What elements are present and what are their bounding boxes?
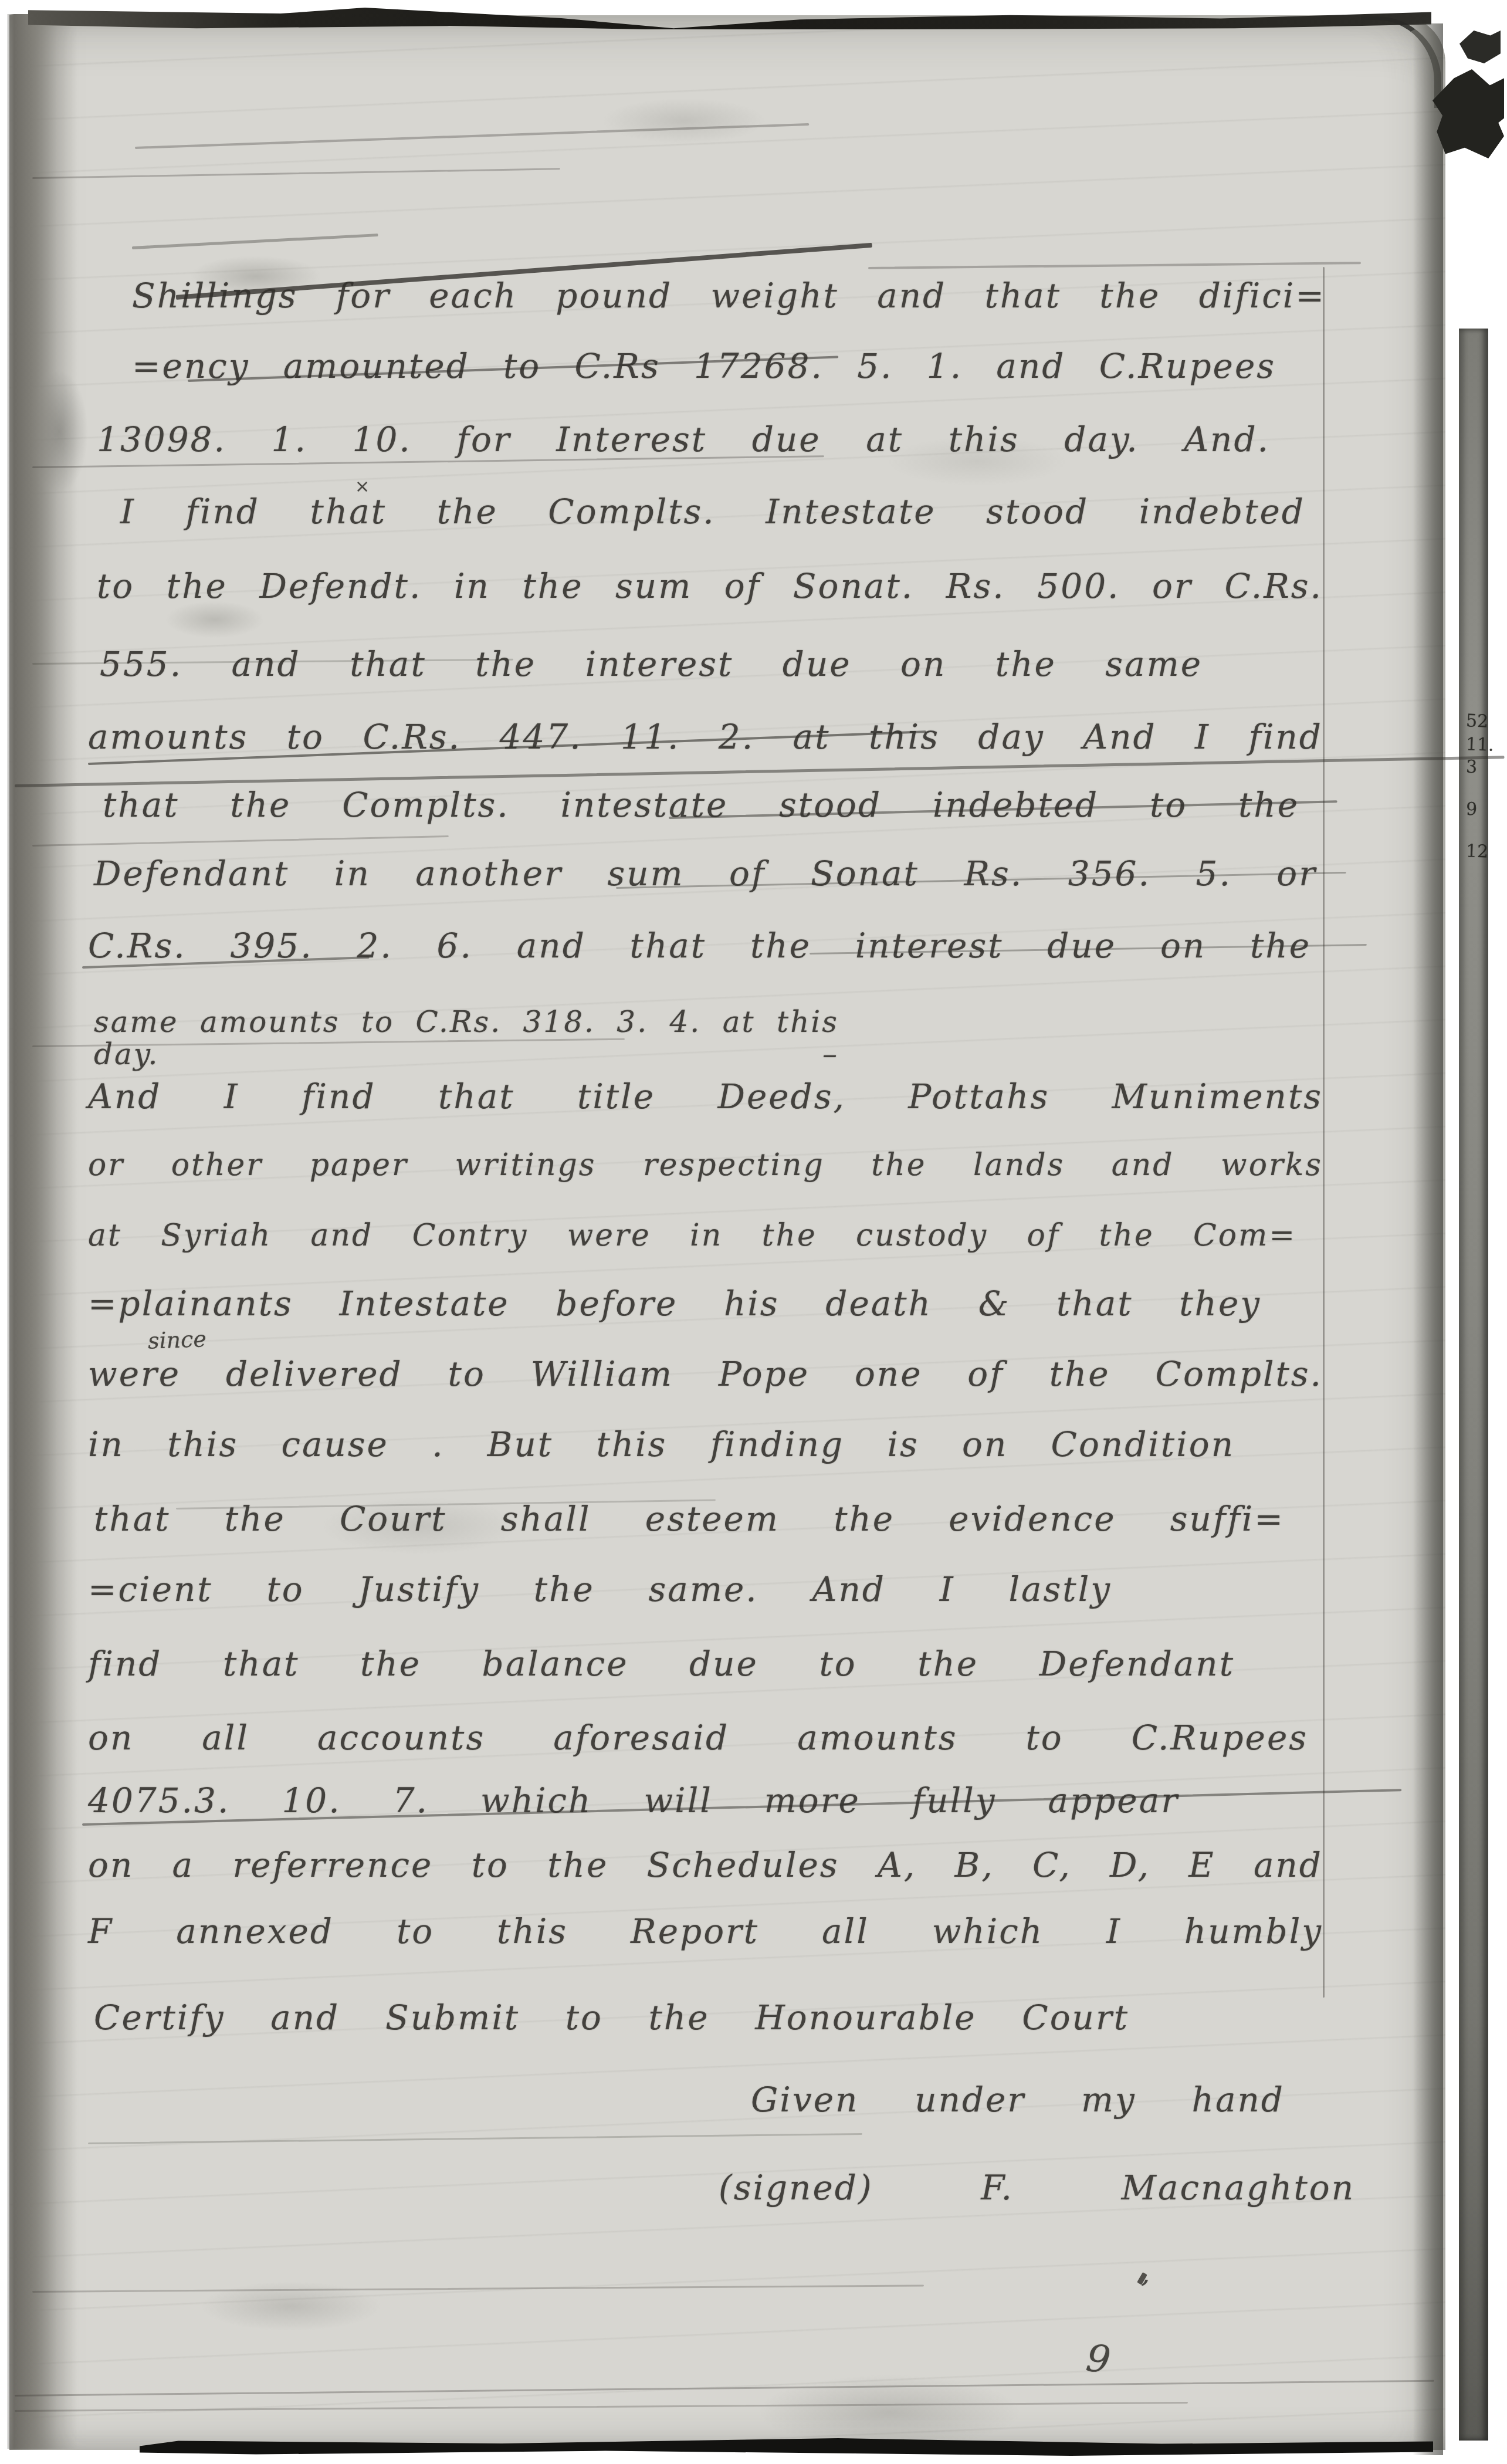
manuscript-line: were delivered to William Pope one of th…: [88, 1356, 1323, 1393]
manuscript-line: C.Rs. 395. 2. 6. and that the interest d…: [88, 928, 1311, 965]
manuscript-text-layer: Shillings for each pound weight and that…: [0, 0, 1507, 2464]
manuscript-line: =ency amounted to C.Rs 17268. 5. 1. and …: [132, 348, 1276, 385]
inline-annotation-mark: 9: [1084, 2337, 1113, 2382]
manuscript-line: 13098. 1. 10. for Interest due at this d…: [97, 421, 1270, 459]
manuscript-line: on a referrence to the Schedules A, B, C…: [88, 1847, 1323, 1884]
manuscript-line: (signed) F. Macnaghton: [719, 2169, 1355, 2207]
manuscript-line: that the Complts. intestate stood indebt…: [103, 787, 1299, 824]
manuscript-line: 4075.3. 10. 7. which will more fully app…: [88, 1782, 1179, 1820]
manuscript-line: Shillings for each pound weight and that…: [132, 277, 1326, 315]
manuscript-line: or other paper writings respecting the l…: [88, 1149, 1323, 1182]
manuscript-line: in this cause . But this finding is on C…: [88, 1426, 1235, 1464]
manuscript-line: same amounts to C.Rs. 318. 3. 4. at this…: [94, 1006, 839, 1071]
manuscript-line: =cient to Justify the same. And I lastly: [88, 1571, 1112, 1609]
scanned-manuscript-page: Shillings for each pound weight and that…: [0, 0, 1507, 2464]
inline-annotation-mark: since: [147, 1326, 206, 1353]
manuscript-line: 555. and that the interest due on the sa…: [100, 646, 1203, 683]
manuscript-line: F annexed to this Report all which I hum…: [88, 1913, 1323, 1951]
manuscript-line: Given under my hand: [751, 2081, 1285, 2119]
inline-annotation-mark: ’: [1136, 2273, 1150, 2306]
manuscript-line: Certify and Submit to the Honourable Cou…: [94, 1999, 1129, 2037]
inline-annotation-mark: ×: [355, 476, 370, 497]
manuscript-line: to the Defendt. in the sum of Sonat. Rs.…: [97, 568, 1323, 605]
manuscript-line: at Syriah and Contry were in the custody…: [88, 1219, 1296, 1253]
manuscript-line: =plainants Intestate before his death & …: [88, 1285, 1261, 1323]
manuscript-line: on all accounts aforesaid amounts to C.R…: [88, 1720, 1308, 1757]
manuscript-line: find that the balance due to the Defenda…: [88, 1646, 1235, 1683]
manuscript-line: I find that the Complts. Intestate stood…: [120, 493, 1305, 531]
manuscript-line: that the Court shall esteem the evidence…: [94, 1501, 1285, 1538]
manuscript-line: amounts to C.Rs. 447. 11. 2. at this day…: [88, 719, 1323, 756]
manuscript-line: Defendant in another sum of Sonat Rs. 35…: [94, 855, 1317, 893]
manuscript-line: And I find that title Deeds, Pottahs Mun…: [88, 1078, 1323, 1116]
